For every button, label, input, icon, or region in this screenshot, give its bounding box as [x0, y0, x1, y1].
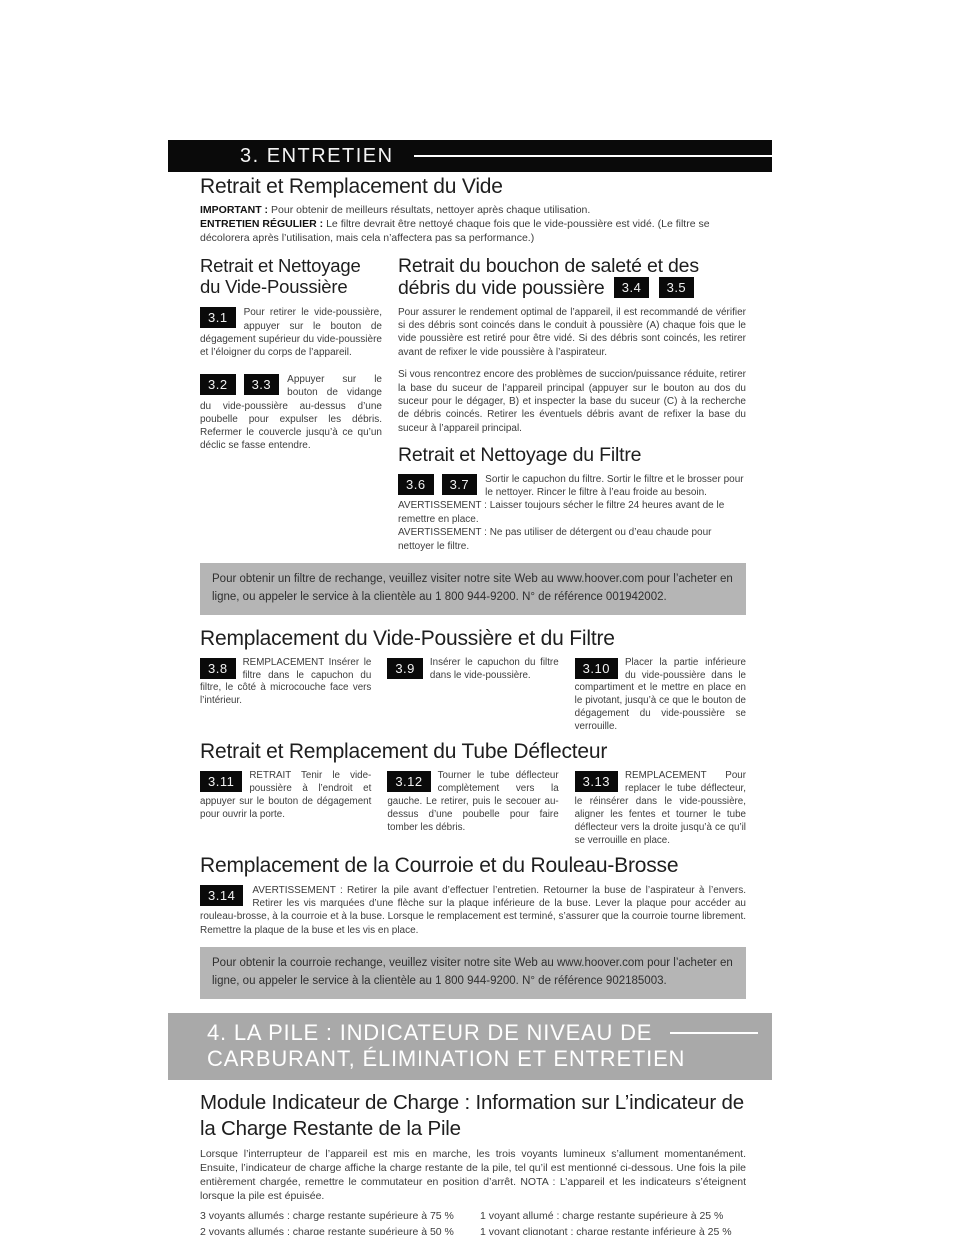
- section4-banner-row1: 4. LA PILE : INDICATEUR DE NIVEAU DE: [207, 1020, 758, 1046]
- section3-banner-title: 3. ENTRETIEN: [240, 145, 394, 168]
- step-3-1: 3.1 Pour retirer le vide-poussière, appu…: [200, 306, 382, 359]
- filter-warning-line-2: AVERTISSEMENT : Ne pas utiliser de déter…: [398, 526, 746, 553]
- heading-remplacement-vide-poussiere-filtre: Remplacement du Vide-Poussière et du Fil…: [200, 627, 746, 651]
- step-badge-3-14: 3.14: [200, 885, 243, 906]
- heading-remplacement-courroie-rouleau-brosse: Remplacement de la Courroie et du Roulea…: [200, 854, 746, 878]
- heading-module-indicateur-charge: Module Indicateur de Charge : Informatio…: [200, 1090, 746, 1143]
- step-3-14-text: AVERTISSEMENT : Retirer la pile avant d’…: [200, 885, 746, 936]
- section4-banner: 4. LA PILE : INDICATEUR DE NIVEAU DE CAR…: [168, 1013, 772, 1080]
- battery-level-3-lights: 3 voyants allumés : charge restante supé…: [200, 1209, 466, 1224]
- step-3-8-label: REMPLACEMENT: [243, 657, 324, 668]
- step-badge-3-2: 3.2: [200, 374, 236, 395]
- step-3-9: 3.9 Insérer le capuchon du filtre dans l…: [387, 657, 558, 735]
- step-3-13-label: REMPLACEMENT: [625, 770, 706, 781]
- heading-retrait-remplacement-vide: Retrait et Remplacement du Vide: [200, 176, 746, 199]
- entretien-regulier-line: ENTRETIEN RÉGULIER :Le filtre devrait êt…: [200, 217, 746, 245]
- step-3-13: 3.13 REMPLACEMENT Pour replacer le tube …: [575, 770, 746, 848]
- step-3-2-3-3: 3.2 3.3 Appuyer sur le bouton de vidange…: [200, 373, 382, 452]
- battery-level-1-blinking: 1 voyant clignotant : charge restante in…: [480, 1225, 746, 1235]
- two-column-zone: Retrait et Nettoyage du Vide-Poussière 3…: [200, 255, 746, 553]
- step-3-11: 3.11 RETRAIT Tenir le vide-poussière à l…: [200, 770, 371, 848]
- page-content: Retrait et Remplacement du Vide IMPORTAN…: [200, 176, 746, 1235]
- filter-warning-line-1: AVERTISSEMENT : Laisser toujours sécher …: [398, 499, 746, 526]
- step-3-10: 3.10 Placer la partie inférieure du vide…: [575, 657, 746, 735]
- heading-retrait-remplacement-tube-deflecteur: Retrait et Remplacement du Tube Déflecte…: [200, 740, 746, 764]
- heading-retrait-bouchon-salete-text: Retrait du bouchon de saleté et des débr…: [398, 255, 699, 299]
- step-badge-3-4: 3.4: [614, 277, 650, 298]
- info-box-belt-replacement: Pour obtenir la courroie rechange, veuil…: [200, 947, 746, 999]
- info-box-filter-replacement: Pour obtenir un filtre de rechange, veui…: [200, 563, 746, 615]
- right-column: Retrait du bouchon de saleté et des débr…: [398, 255, 746, 553]
- dirt-paragraph-2: Si vous rencontrez encore des problèmes …: [398, 368, 746, 435]
- step-badge-3-11: 3.11: [200, 771, 242, 792]
- battery-level-2-lights: 2 voyants allumés : charge restante supé…: [200, 1225, 466, 1235]
- entretien-regulier-label: ENTRETIEN RÉGULIER :: [200, 218, 323, 230]
- tube-steps-row: 3.11 RETRAIT Tenir le vide-poussière à l…: [200, 770, 746, 848]
- step-badge-3-7: 3.7: [442, 474, 478, 495]
- step-3-12: 3.12 Tourner le tube déflecteur complète…: [387, 770, 558, 848]
- heading-retrait-nettoyage-vide-poussiere: Retrait et Nettoyage du Vide-Poussière: [200, 255, 382, 298]
- section4-banner-line2: CARBURANT, ÉLIMINATION ET ENTRETIEN: [207, 1046, 758, 1072]
- step-badge-3-9: 3.9: [387, 658, 423, 679]
- heading-retrait-bouchon-salete: Retrait du bouchon de saleté et des débr…: [398, 255, 746, 300]
- dirt-paragraph-1: Pour assurer le rendement optimal de l’a…: [398, 306, 746, 360]
- step-badge-3-5: 3.5: [659, 277, 695, 298]
- step-badge-3-8: 3.8: [200, 658, 236, 679]
- battery-level-1-light: 1 voyant allumé : charge restante supéri…: [480, 1209, 746, 1224]
- manual-page: 3. ENTRETIEN Retrait et Remplacement du …: [0, 0, 954, 1235]
- step-3-6-3-7: 3.6 3.7 Sortir le capuchon du filtre. So…: [398, 473, 746, 553]
- step-3-8: 3.8 REMPLACEMENT Insérer le filtre dans …: [200, 657, 371, 735]
- section4-banner-rule: [670, 1032, 758, 1034]
- heading-retrait-nettoyage-filtre: Retrait et Nettoyage du Filtre: [398, 444, 746, 466]
- vide-intro: IMPORTANT :Pour obtenir de meilleurs rés…: [200, 203, 746, 245]
- step-badge-3-10: 3.10: [575, 658, 618, 679]
- left-column: Retrait et Nettoyage du Vide-Poussière 3…: [200, 255, 382, 553]
- step-badge-3-3: 3.3: [244, 374, 280, 395]
- step-badge-3-13: 3.13: [575, 771, 618, 792]
- step-3-11-label: RETRAIT: [249, 770, 291, 781]
- battery-levels-right: 1 voyant allumé : charge restante supéri…: [480, 1209, 746, 1235]
- step-badge-3-12: 3.12: [387, 771, 430, 792]
- step-badge-3-6: 3.6: [398, 474, 434, 495]
- section3-banner: 3. ENTRETIEN: [168, 140, 772, 172]
- important-line: IMPORTANT :Pour obtenir de meilleurs rés…: [200, 203, 746, 217]
- section3-banner-rule: [414, 155, 772, 157]
- battery-levels-left: 3 voyants allumés : charge restante supé…: [200, 1209, 466, 1235]
- battery-intro: Lorsque l’interrupteur de l’appareil est…: [200, 1147, 746, 1203]
- step-3-9-text: Insérer le capuchon du filtre dans le vi…: [430, 657, 559, 681]
- step-badge-3-1: 3.1: [200, 307, 236, 328]
- important-label: IMPORTANT :: [200, 204, 268, 216]
- step-3-14: 3.14 AVERTISSEMENT : Retirer la pile ava…: [200, 884, 746, 938]
- battery-levels: 3 voyants allumés : charge restante supé…: [200, 1209, 746, 1235]
- replace-steps-row: 3.8 REMPLACEMENT Insérer le filtre dans …: [200, 657, 746, 735]
- important-text: Pour obtenir de meilleurs résultats, net…: [271, 204, 590, 216]
- section4-banner-line1: 4. LA PILE : INDICATEUR DE NIVEAU DE: [207, 1020, 652, 1046]
